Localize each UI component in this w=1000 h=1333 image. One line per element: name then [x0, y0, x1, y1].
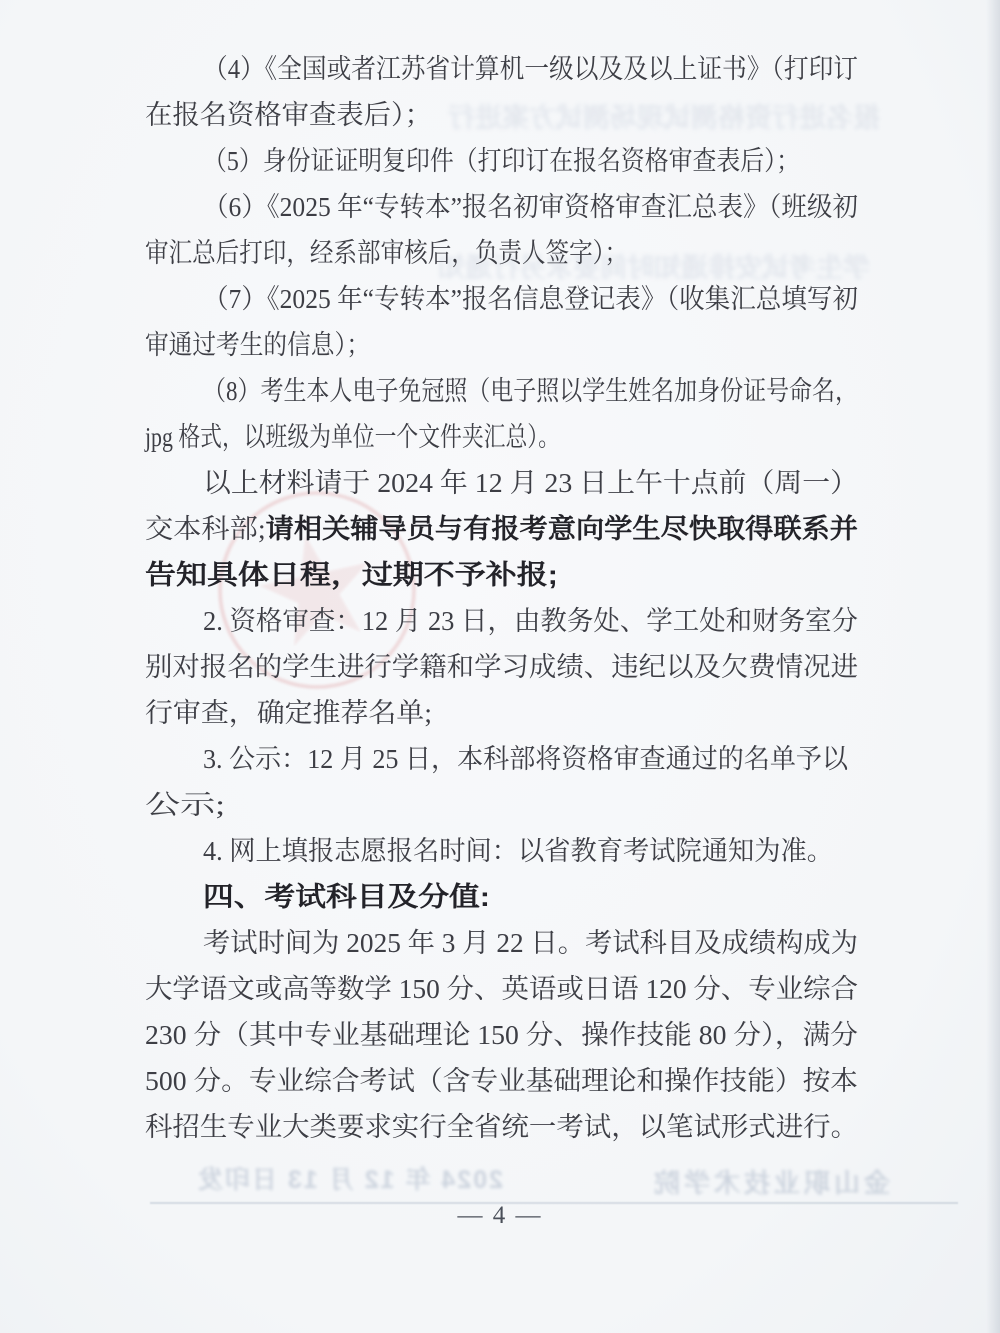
text-segment: 交本科部; — [145, 514, 266, 544]
text-line: 行审查，确定推荐名单; — [145, 690, 860, 736]
text-line: 四、考试科目及分值: — [145, 874, 860, 920]
text-line: 230 分（其中专业基础理论 150 分、操作技能 80 分），满分 — [145, 1012, 860, 1058]
text-line: 交本科部;请相关辅导员与有报考意向学生尽快取得联系并 — [145, 506, 860, 552]
text-segment: 500 分。专业综合考试（含专业基础理论和操作技能）按本 — [145, 1066, 858, 1096]
scan-edge-shadow — [986, 0, 1000, 1333]
text-segment: 告知具体日程，过期不予补报; — [145, 560, 558, 590]
text-line: 审通过考生的信息）； — [145, 322, 860, 368]
document-body: （4）《全国或者江苏省计算机一级以及及以上证书》（打印订在报名资格审查表后）；（… — [145, 46, 860, 1150]
text-segment: （4）《全国或者江苏省计算机一级以及及以上证书》（打印订 — [203, 54, 858, 84]
text-line: 公示; — [145, 782, 860, 828]
bleedthrough-footer-school: 金山职业技术学院 — [633, 1163, 890, 1200]
text-line: 以上材料请于 2024 年 12 月 23 日上午十点前（周一） — [145, 460, 860, 506]
text-line: （8）考生本人电子免冠照（电子照以学生姓名加身份证号命名， — [145, 368, 860, 414]
text-segment: 别对报名的学生进行学籍和学习成绩、违纪以及欠费情况进 — [145, 652, 858, 682]
text-segment: 2. 资格审查：12 月 23 日，由教务处、学工处和财务室分 — [203, 606, 858, 636]
text-line: （7）《2025 年“专转本”报名信息登记表》（收集汇总填写初 — [145, 276, 860, 322]
text-segment: （6）《2025 年“专转本”报名初审资格审查汇总表》（班级初 — [203, 192, 858, 222]
text-segment: 230 分（其中专业基础理论 150 分、操作技能 80 分），满分 — [145, 1020, 858, 1050]
text-segment: 行审查，确定推荐名单; — [145, 698, 432, 728]
text-line: 500 分。专业综合考试（含专业基础理论和操作技能）按本 — [145, 1058, 860, 1104]
text-segment: jpg 格式，以班级为单位一个文件夹汇总）。 — [145, 422, 560, 452]
text-line: 审汇总后打印，经系部审核后，负责人签字）； — [145, 230, 860, 276]
text-line: 大学语文或高等数学 150 分、英语或日语 120 分、专业综合 — [145, 966, 860, 1012]
text-segment: 大学语文或高等数学 150 分、英语或日语 120 分、专业综合 — [145, 974, 858, 1004]
text-segment: 科招生专业大类要求实行全省统一考试，以笔试形式进行。 — [145, 1112, 858, 1142]
text-line: 4. 网上填报志愿报名时间：以省教育考试院通知为准。 — [145, 828, 860, 874]
text-segment: 审汇总后打印，经系部审核后，负责人签字）； — [145, 238, 628, 268]
text-segment: 4. 网上填报志愿报名时间：以省教育考试院通知为准。 — [203, 836, 833, 866]
text-segment: 3. 公示：12 月 25 日，本科部将资格审查通过的名单予以 — [203, 744, 848, 774]
text-line: 科招生专业大类要求实行全省统一考试，以笔试形式进行。 — [145, 1104, 860, 1150]
text-line: 3. 公示：12 月 25 日，本科部将资格审查通过的名单予以 — [145, 736, 860, 782]
text-segment: 四、考试科目及分值: — [203, 882, 490, 912]
text-line: 2. 资格审查：12 月 23 日，由教务处、学工处和财务室分 — [145, 598, 860, 644]
bleedthrough-footer-date: 2024 年 12 月 13 日印发 — [158, 1160, 503, 1196]
text-segment: 考试时间为 2025 年 3 月 22 日。考试科目及成绩构成为 — [203, 928, 858, 958]
text-segment: 审通过考生的信息）； — [145, 330, 370, 360]
text-line: （4）《全国或者江苏省计算机一级以及及以上证书》（打印订 — [145, 46, 860, 92]
text-line: jpg 格式，以班级为单位一个文件夹汇总）。 — [145, 414, 860, 460]
text-line: （5）身份证证明复印件（打印订在报名资格审查表后）； — [145, 138, 860, 184]
scanned-document-page: 报名进行资格测试现场测试方案进行学生考试安排通知时间要求另行通知2024 年 1… — [0, 0, 1000, 1333]
text-line: 在报名资格审查表后）； — [145, 92, 860, 138]
page-number: — 4 — — [0, 1202, 1000, 1230]
text-line: 考试时间为 2025 年 3 月 22 日。考试科目及成绩构成为 — [145, 920, 860, 966]
text-line: 别对报名的学生进行学籍和学习成绩、违纪以及欠费情况进 — [145, 644, 860, 690]
text-segment: 请相关辅导员与有报考意向学生尽快取得联系并 — [266, 514, 858, 544]
text-segment: 公示; — [145, 790, 225, 820]
text-segment: 以上材料请于 2024 年 12 月 23 日上午十点前（周一） — [203, 468, 858, 498]
text-segment: （5）身份证证明复印件（打印订在报名资格审查表后）； — [203, 146, 800, 176]
text-segment: （8）考生本人电子免冠照（电子照以学生姓名加身份证号命名， — [203, 376, 858, 406]
text-segment: （7）《2025 年“专转本”报名信息登记表》（收集汇总填写初 — [203, 284, 858, 314]
text-line: （6）《2025 年“专转本”报名初审资格审查汇总表》（班级初 — [145, 184, 860, 230]
text-line: 告知具体日程，过期不予补报; — [145, 552, 860, 598]
text-segment: 在报名资格审查表后）； — [145, 100, 432, 130]
